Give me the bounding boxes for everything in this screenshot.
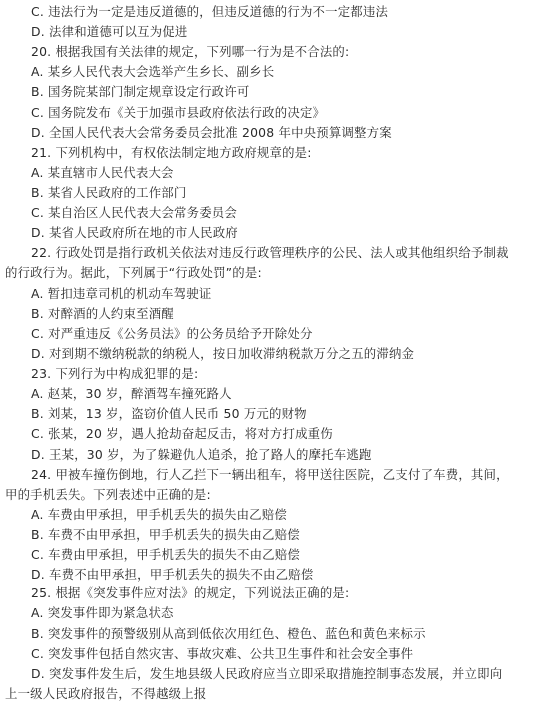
q22-option-b: B. 对醉酒的人约束至酒醒: [31, 306, 174, 322]
q22-stem: 22. 行政处罚是指行政机关依法对违反行政管理秩序的公民、法人或其他组织给予制裁: [31, 245, 509, 261]
q22-option-d: D. 对到期不缴纳税款的纳税人，按日加收滞纳税款万分之五的滞纳金: [31, 346, 414, 362]
q19-option-c: C. 违法行为一定是违反道德的，但违反道德的行为不一定都违法: [31, 4, 388, 20]
q25-option-a: A. 突发事件即为紧急状态: [31, 605, 174, 621]
q23-option-c: C. 张某，20 岁，遇人抢劫奋起反击，将对方打成重伤: [31, 426, 333, 442]
q20-option-d: D. 全国人民代表大会常务委员会批准 2008 年中央预算调整方案: [31, 125, 392, 141]
q23-stem: 23. 下列行为中构成犯罪的是:: [31, 366, 198, 382]
q20-stem: 20. 根据我国有关法律的规定，下列哪一行为是不合法的:: [31, 44, 349, 60]
q24-option-b: B. 车费不由甲承担，甲手机丢失的损失由乙赔偿: [31, 527, 300, 543]
q20-option-a: A. 某乡人民代表大会选举产生乡长、副乡长: [31, 64, 274, 80]
q24-option-c: C. 车费由甲承担，甲手机丢失的损失不由乙赔偿: [31, 547, 300, 563]
q25-option-c: C. 突发事件包括自然灾害、事故灾难、公共卫生事件和社会安全事件: [31, 646, 413, 662]
q23-option-d: D. 王某，30 岁，为了躲避仇人追杀，抢了路人的摩托车逃跑: [31, 447, 372, 463]
q24-stem: 24. 甲被车撞伤倒地，行人乙拦下一辆出租车，将甲送往医院，乙支付了车费，其间，: [31, 467, 509, 483]
q25-stem: 25. 根据《突发事件应对法》的规定，下列说法正确的是:: [31, 585, 349, 601]
q21-stem: 21. 下列机构中，有权依法制定地方政府规章的是:: [31, 145, 312, 161]
q23-option-a: A. 赵某，30 岁，醉酒驾车撞死路人: [31, 386, 232, 402]
q21-option-b: B. 某省人民政府的工作部门: [31, 185, 186, 201]
q24-option-a: A. 车费由甲承担，甲手机丢失的损失由乙赔偿: [31, 507, 287, 523]
q22-stem-continued: 的行政行为。据此，下列属于“行政处罚”的是:: [5, 265, 262, 281]
q21-option-c: C. 某自治区人民代表大会常务委员会: [31, 205, 237, 221]
q20-option-c: C. 国务院发布《关于加强市县政府依法行政的决定》: [31, 105, 325, 121]
q23-option-b: B. 刘某，13 岁，盗窃价值人民币 50 万元的财物: [31, 406, 307, 422]
q25-option-b: B. 突发事件的预警级别从高到低依次用红色、橙色、蓝色和黄色来标示: [31, 626, 426, 642]
q25-option-d: D. 突发事件发生后，发生地县级人民政府应当立即采取措施控制事态发展，并立即向: [31, 666, 502, 682]
q21-option-d: D. 某省人民政府所在地的市人民政府: [31, 225, 238, 241]
q25-option-d-continued: 上一级人民政府报告，不得越级上报: [5, 686, 206, 702]
q24-option-d: D. 车费不由甲承担，甲手机丢失的损失不由乙赔偿: [31, 567, 313, 583]
q20-option-b: B. 国务院某部门制定规章设定行政许可: [31, 84, 249, 100]
q24-stem-continued: 甲的手机丢失。下列表述中正确的是:: [5, 487, 211, 503]
q21-option-a: A. 某直辖市人民代表大会: [31, 165, 174, 181]
q19-option-d: D. 法律和道德可以互为促进: [31, 24, 188, 40]
q22-option-c: C. 对严重违反《公务员法》的公务员给予开除处分: [31, 326, 313, 342]
q22-option-a: A. 暂扣违章司机的机动车驾驶证: [31, 286, 211, 302]
